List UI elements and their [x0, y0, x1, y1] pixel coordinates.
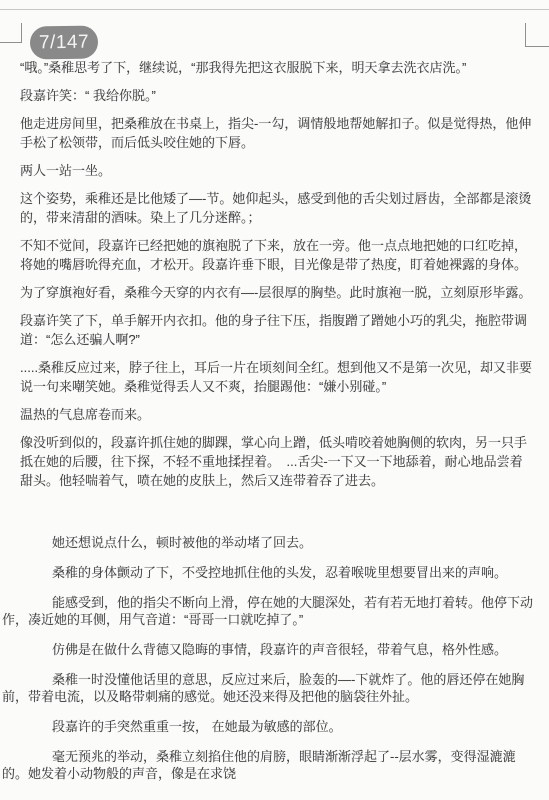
- paragraph: 段嘉许笑：“ 我给你脱。”: [20, 86, 535, 105]
- paragraph: 温热的气息席卷而来。: [20, 405, 535, 424]
- paragraph: 毫无预兆的举动，桑稚立刻掐住他的肩膀，眼睛渐渐浮起了--层水雾，变得湿漉漉的。她…: [2, 748, 537, 782]
- paragraph: 不知不觉间，段嘉许已经把她的旗袍脱了下来，放在一旁。他一点点地把她的口红吃掉，将…: [20, 236, 535, 274]
- frame-corner-right-horizontal: [525, 46, 549, 47]
- paragraph: 能感受到，他的指尖不断向上滑，停在她的大腿深处，若有若无地打着转。他停下动作，凑…: [2, 594, 537, 628]
- paragraph: 两人一站一坐。: [20, 161, 535, 180]
- frame-corner-right: [525, 23, 526, 47]
- paragraph: “哦。”桑稚思考了下，继续说，“那我得先把这衣服脱下来，明天拿去洗衣店洗。”: [20, 58, 535, 77]
- paragraph: 他走进房间里，把桑稚放在书桌上，指尖-一勾，调情般地帮她解扣子。似是觉得热，他伸…: [20, 114, 535, 152]
- reader-page: 7/147 “哦。”桑稚思考了下，继续说，“那我得先把这衣服脱下来，明天拿去洗衣…: [0, 0, 549, 800]
- paragraph: 为了穿旗袍好看，桑稚今天穿的内衣有—-层很厚的胸垫。此时旗袍一脱，立刻原形毕露。: [20, 283, 535, 302]
- paragraph: 像没听到似的，段嘉许抓住她的脚踝，掌心向上蹭，低头啃咬着她胸侧的软肉，另一只手抵…: [20, 433, 535, 490]
- paragraph: 段嘉许的手突然重重一按， 在她最为敏感的部位。: [2, 718, 537, 735]
- paragraph: 桑稚的身体颤动了下，不受控地抓住他的头发，忍着喉咙里想要冒出来的声响。: [2, 564, 537, 581]
- page-number-badge[interactable]: 7/147: [30, 25, 99, 59]
- paragraph: 桑稚一时没懂他话里的意思，反应过来后，脸轰的—-下就炸了。他的唇还停在她胸前，带…: [2, 671, 537, 705]
- frame-corner-left-horizontal: [0, 42, 22, 43]
- frame-top-line: [0, 9, 549, 10]
- paragraph: .....桑稚反应过来，脖子往上，耳后一片在顷刻间全红。想到他又不是第一次见，却…: [20, 358, 535, 396]
- paragraph: 段嘉许笑了下，单手解开内衣扣。他的身子往下压，指腹蹭了蹭她小巧的乳尖，拖腔带调道…: [20, 311, 535, 349]
- text-section-dialogue: “哦。”桑稚思考了下，继续说，“那我得先把这衣服脱下来，明天拿去洗衣店洗。”段嘉…: [0, 58, 549, 499]
- text-section-indented: 她还想说点什么，顿时被他的举动堵了回去。桑稚的身体颤动了下，不受控地抓住他的头发…: [0, 534, 549, 795]
- paragraph: 这个姿势，乘稚还是比他矮了—-节。她仰起头，感受到他的舌尖划过唇齿，全部都是滚烫…: [20, 189, 535, 227]
- frame-corner-left: [21, 23, 22, 43]
- paragraph: 她还想说点什么，顿时被他的举动堵了回去。: [2, 534, 537, 551]
- paragraph: 仿佛是在做什么背德又隐晦的事情，段嘉许的声音很轻，带着气息，格外性感。: [2, 641, 537, 658]
